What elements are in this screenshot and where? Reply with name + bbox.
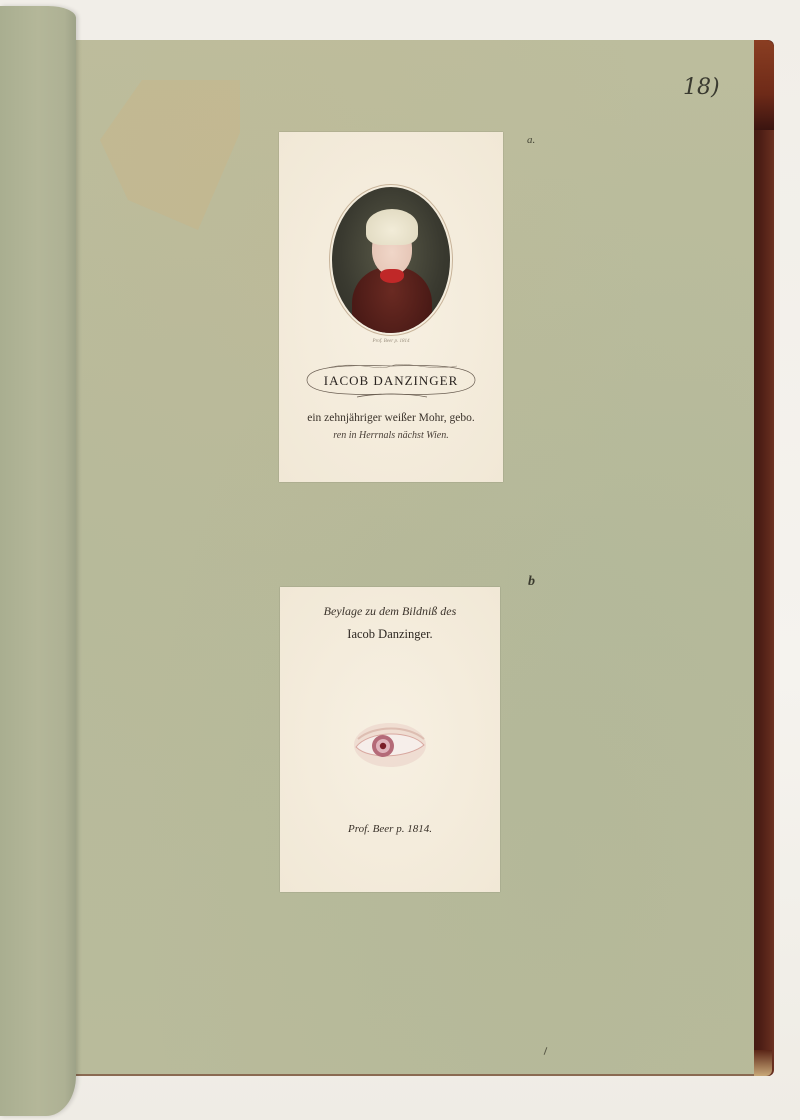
left-curled-page <box>0 6 76 1116</box>
portrait-red-cravat <box>380 269 404 283</box>
eye-card-heading: Beylage zu dem Bildniß des <box>280 604 500 619</box>
eye-card-signature: Prof. Beer p. 1814. <box>280 823 500 835</box>
portrait-title: IACOB DANZINGER <box>279 373 503 389</box>
tissue-stain <box>100 80 240 230</box>
portrait-print-card: Prof. Beer p. 1814 IACOB DANZINGER ein z… <box>279 132 503 482</box>
eye-illustration-card: Beylage zu dem Bildniß des Iacob Danzing… <box>280 587 500 892</box>
portrait-image <box>332 187 450 333</box>
cover-worn-corner-bottom <box>752 1050 772 1076</box>
portrait-caption-line-1: ein zehnjähriger weißer Mohr, gebo. <box>279 412 503 424</box>
eye-illustration-icon <box>350 717 430 773</box>
page-number: 18) <box>683 75 720 100</box>
label-b: b <box>528 574 535 590</box>
eye-card-name: Iacob Danzinger. <box>280 627 500 642</box>
engraver-credit: Prof. Beer p. 1814 <box>279 339 503 344</box>
portrait-caption-line-2: ren in Herrnals nächst Wien. <box>279 430 503 441</box>
portrait-oval-frame <box>329 184 453 336</box>
label-a: a. <box>527 134 535 146</box>
portrait-hair <box>366 209 418 245</box>
